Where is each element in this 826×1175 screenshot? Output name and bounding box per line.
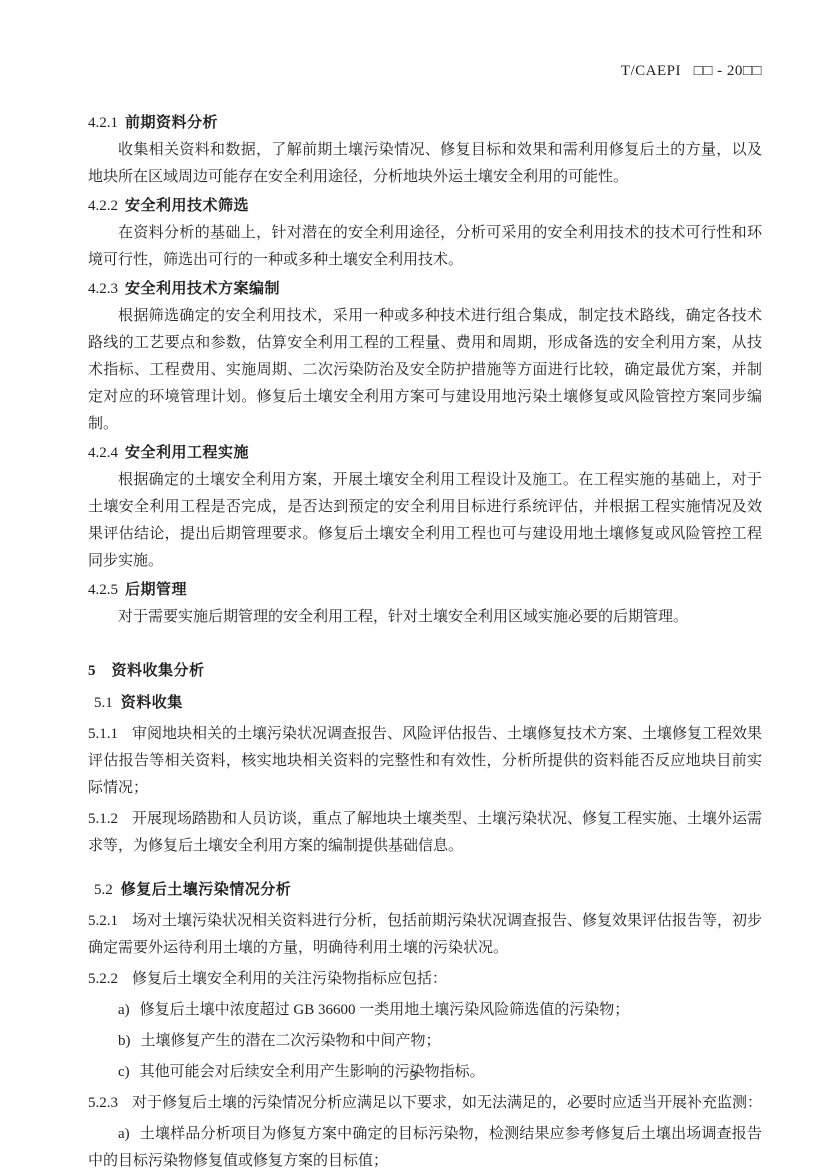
heading-title: 资料收集分析 <box>112 661 205 679</box>
heading-title: 安全利用技术方案编制 <box>125 279 280 297</box>
heading-title: 资料收集 <box>121 693 183 711</box>
list-text: 土壤样品分析项目为修复方案中确定的目标污染物，检测结果应参考修复后土壤出场调查报… <box>88 1126 762 1169</box>
clause-5-2-2: 5.2.2修复后土壤安全利用的关注污染物指标应包括： <box>88 966 762 993</box>
heading-number: 4.2.4 <box>88 445 118 461</box>
clause-number: 5.1.2 <box>88 811 118 827</box>
heading-4-2-1: 4.2.1前期资料分析 <box>88 109 762 137</box>
heading-5-2: 5.2修复后土壤污染情况分析 <box>94 876 762 904</box>
heading-number: 4.2.2 <box>88 198 118 214</box>
page-number: 5 <box>0 1063 826 1090</box>
list-marker: a) <box>118 1002 130 1018</box>
clause-5-1-2: 5.1.2开展现场踏勘和人员访谈，重点了解地块土壤类型、土壤污染状况、修复工程实… <box>88 806 762 860</box>
heading-title: 安全利用工程实施 <box>125 443 249 461</box>
list-item-5-2-3-a: a)土壤样品分析项目为修复方案中确定的目标污染物，检测结果应参考修复后土壤出场调… <box>88 1121 762 1175</box>
clause-5-2-3: 5.2.3对于修复后土壤的污染情况分析应满足以下要求，如无法满足的，必要时应适当… <box>88 1090 762 1117</box>
paragraph-4-2-3: 根据筛选确定的安全利用技术，采用一种或多种技术进行组合集成，制定技术路线，确定各… <box>88 303 762 438</box>
paragraph-4-2-5: 对于需要实施后期管理的安全利用工程，针对土壤安全利用区域实施必要的后期管理。 <box>88 604 762 631</box>
clause-number: 5.2.3 <box>88 1095 118 1111</box>
heading-title: 前期资料分析 <box>125 113 218 131</box>
heading-4-2-4: 4.2.4安全利用工程实施 <box>88 439 762 467</box>
heading-number: 4.2.5 <box>88 582 118 598</box>
heading-number: 4.2.1 <box>88 115 118 131</box>
list-text: 修复后土壤中浓度超过 GB 36600 一类用地土壤污染风险筛选值的污染物； <box>140 1002 630 1018</box>
document-page: T/CAEPI □□ - 20□□ 4.2.1前期资料分析 收集相关资料和数据，… <box>0 0 826 1169</box>
heading-number: 4.2.3 <box>88 281 118 297</box>
clause-text: 对于修复后土壤的污染情况分析应满足以下要求，如无法满足的，必要时应适当开展补充监… <box>132 1095 762 1111</box>
clause-5-2-1: 5.2.1场对土壤污染状况相关资料进行分析，包括前期污染状况调查报告、修复效果评… <box>88 908 762 962</box>
standard-code-header: T/CAEPI □□ - 20□□ <box>88 58 762 85</box>
clause-text: 场对土壤污染状况相关资料进行分析，包括前期污染状况调查报告、修复效果评估报告等，… <box>88 913 762 956</box>
list-text: 土壤修复产生的潜在二次污染物和中间产物； <box>141 1033 441 1049</box>
heading-5-1: 5.1资料收集 <box>94 689 762 717</box>
heading-5: 5资料收集分析 <box>88 657 762 685</box>
clause-number: 5.1.1 <box>88 726 118 742</box>
list-marker: a) <box>118 1126 130 1142</box>
list-item-5-2-2-a: a)修复后土壤中浓度超过 GB 36600 一类用地土壤污染风险筛选值的污染物； <box>88 997 762 1024</box>
clause-text: 开展现场踏勘和人员访谈，重点了解地块土壤类型、土壤污染状况、修复工程实施、土壤外… <box>88 811 762 854</box>
heading-number: 5.1 <box>94 695 113 711</box>
heading-number: 5 <box>88 663 96 679</box>
list-item-5-2-2-b: b)土壤修复产生的潜在二次污染物和中间产物； <box>88 1028 762 1055</box>
list-marker: b) <box>118 1033 131 1049</box>
clause-number: 5.2.1 <box>88 913 118 929</box>
clause-5-1-1: 5.1.1审阅地块相关的土壤污染状况调查报告、风险评估报告、土壤修复技术方案、土… <box>88 721 762 802</box>
paragraph-4-2-4: 根据确定的土壤安全利用方案，开展土壤安全利用工程设计及施工。在工程实施的基础上，… <box>88 467 762 575</box>
heading-title: 后期管理 <box>125 580 187 598</box>
document-body: 4.2.1前期资料分析 收集相关资料和数据，了解前期土壤污染情况、修复目标和效果… <box>88 109 762 1175</box>
heading-title: 修复后土壤污染情况分析 <box>121 880 292 898</box>
heading-4-2-5: 4.2.5后期管理 <box>88 576 762 604</box>
heading-4-2-2: 4.2.2安全利用技术筛选 <box>88 192 762 220</box>
paragraph-4-2-2: 在资料分析的基础上，针对潜在的安全利用途径，分析可采用的安全利用技术的技术可行性… <box>88 220 762 274</box>
clause-text: 审阅地块相关的土壤污染状况调查报告、风险评估报告、土壤修复技术方案、土壤修复工程… <box>88 726 762 796</box>
paragraph-4-2-1: 收集相关资料和数据，了解前期土壤污染情况、修复目标和效果和需利用修复后土的方量，… <box>88 137 762 191</box>
heading-title: 安全利用技术筛选 <box>125 196 249 214</box>
heading-4-2-3: 4.2.3安全利用技术方案编制 <box>88 275 762 303</box>
clause-text: 修复后土壤安全利用的关注污染物指标应包括： <box>132 971 447 987</box>
clause-number: 5.2.2 <box>88 971 118 987</box>
heading-number: 5.2 <box>94 882 113 898</box>
